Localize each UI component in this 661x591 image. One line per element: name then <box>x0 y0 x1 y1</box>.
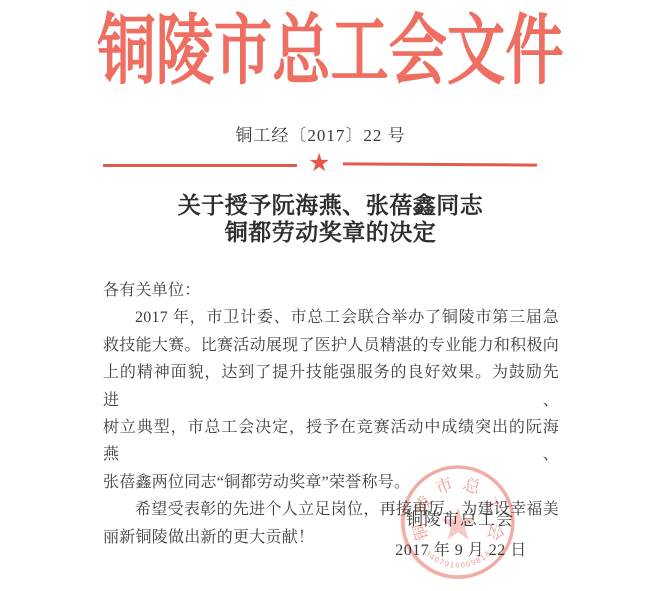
salutation: 各有关单位： <box>103 277 559 304</box>
doc-number: 铜工经〔2017〕22 号 <box>0 121 641 146</box>
body-line: 树立典型，市总工会决定，授予在竞赛活动中成绩突出的阮海燕、 <box>103 414 559 469</box>
divider-rule-right <box>343 162 537 166</box>
doc-title: 关于授予阮海燕、张蓓鑫同志 铜都劳动奖章的决定 <box>0 192 661 246</box>
signature-date: 2017 年 9 月 22 日 <box>366 537 556 560</box>
divider-rule-left <box>103 164 297 167</box>
page-header-title: 铜陵市总工会文件 <box>20 14 641 91</box>
body-line: 上的精神面貌，达到了提升技能强服务的良好效果。为鼓励先进、 <box>103 359 559 414</box>
doc-title-line2: 铜都劳动奖章的决定 <box>0 219 661 246</box>
doc-title-line1: 关于授予阮海燕、张蓓鑫同志 <box>0 192 661 219</box>
document-page: 铜陵市总工会文件 铜工经〔2017〕22 号 ★ 关于授予阮海燕、张蓓鑫同志 铜… <box>0 0 661 591</box>
body-line: 救技能大赛。比赛活动展现了医护人员精湛的专业能力和积极向 <box>103 332 559 359</box>
body-line: 2017 年，市卫计委、市总工会联合举办了铜陵市第三届急 <box>103 304 559 331</box>
signature-name: 铜陵市总工会 <box>370 505 550 530</box>
star-icon: ★ <box>308 150 330 175</box>
body-line: 张蓓鑫两位同志“铜都劳动奖章”荣誉称号。 <box>103 469 559 496</box>
